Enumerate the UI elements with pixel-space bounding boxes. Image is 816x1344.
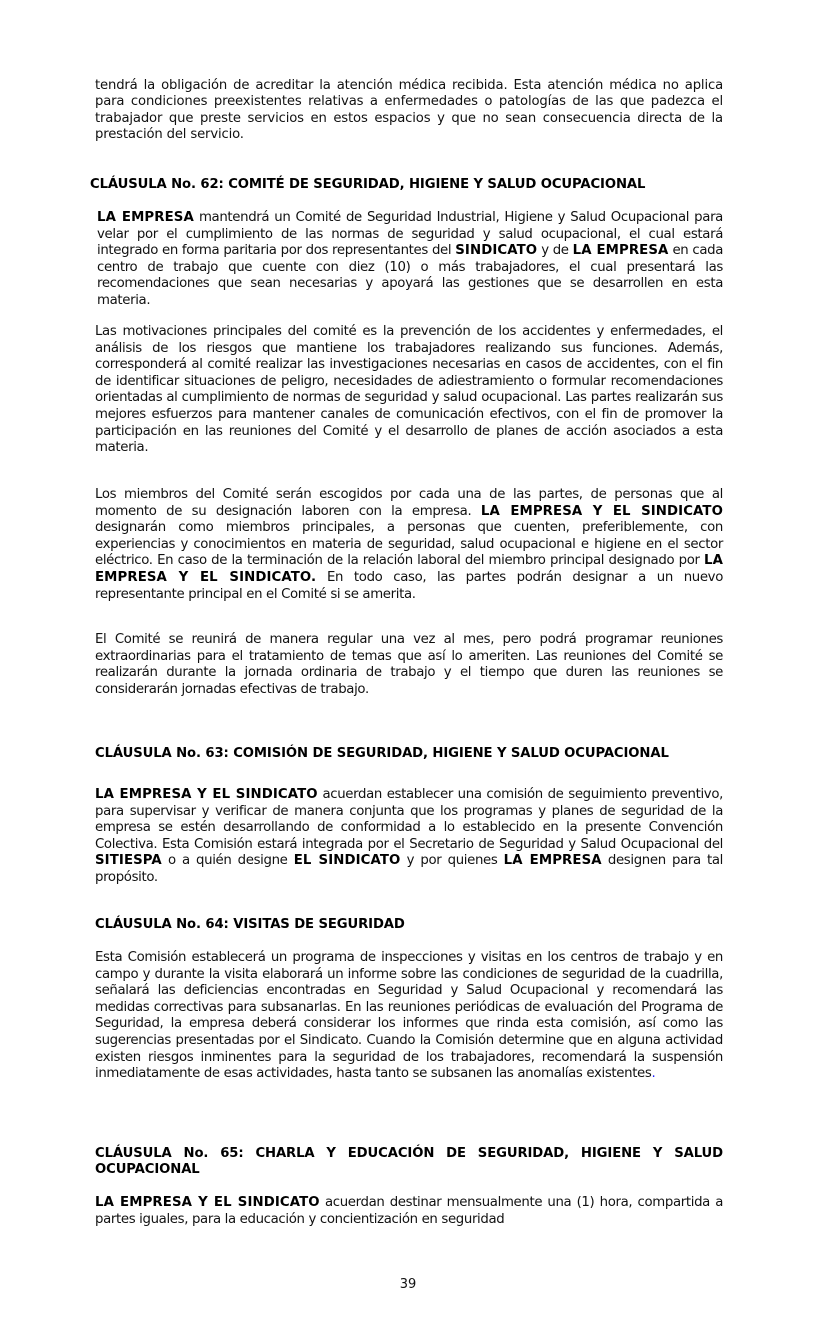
bold-term: LA EMPRESA Y EL SINDICATO [481,504,723,519]
bold-term: LA EMPRESA Y EL SINDICATO [95,1195,320,1210]
clause-62-heading: CLÁUSULA No. 62: COMITÉ DE SEGURIDAD, HI… [90,177,718,193]
clause-62-paragraph-2: Las motivaciones principales del comité … [95,324,723,457]
clause-62-paragraph-4: El Comité se reunirá de manera regular u… [95,632,723,698]
bold-term: LA EMPRESA [504,853,602,868]
bold-term: SINDICATO [455,243,537,258]
page-number: 39 [0,1277,816,1292]
text-segment: Esta Comisión establecerá un programa de… [95,950,723,1081]
clause-65-paragraph-1: LA EMPRESA Y EL SINDICATO acuerdan desti… [95,1195,723,1228]
text-segment: y por quienes [400,853,503,868]
blue-period-mark: . [651,1066,655,1081]
text-segment: o a quién designe [162,853,294,868]
bold-term: SITIESPA [95,853,162,868]
clause-62-paragraph-1: LA EMPRESA mantendrá un Comité de Seguri… [97,210,723,310]
text-segment: y de [537,243,572,258]
clause-62-paragraph-3: Los miembros del Comité serán escogidos … [95,487,723,603]
clause-64-paragraph-1: Esta Comisión establecerá un programa de… [95,950,723,1083]
bold-term: LA EMPRESA [573,243,669,258]
bold-term: LA EMPRESA [97,210,194,225]
bold-term: EL SINDICATO [294,853,401,868]
text-segment: El Comité se reunirá de manera regular u… [95,632,723,697]
intro-paragraph: tendrá la obligación de acreditar la ate… [95,78,723,144]
document-page: tendrá la obligación de acreditar la ate… [0,0,816,1344]
clause-65-heading: CLÁUSULA No. 65: CHARLA Y EDUCACIÓN DE S… [95,1146,723,1179]
text-segment: designarán como miembros principales, a … [95,520,723,568]
bold-term: LA EMPRESA Y EL SINDICATO [95,787,318,802]
clause-64-heading: CLÁUSULA No. 64: VISITAS DE SEGURIDAD [95,917,723,933]
clause-63-heading: CLÁUSULA No. 63: COMISIÓN DE SEGURIDAD, … [95,746,723,762]
text-segment: Las motivaciones principales del comité … [95,324,723,455]
clause-63-paragraph-1: LA EMPRESA Y EL SINDICATO acuerdan estab… [95,787,723,887]
